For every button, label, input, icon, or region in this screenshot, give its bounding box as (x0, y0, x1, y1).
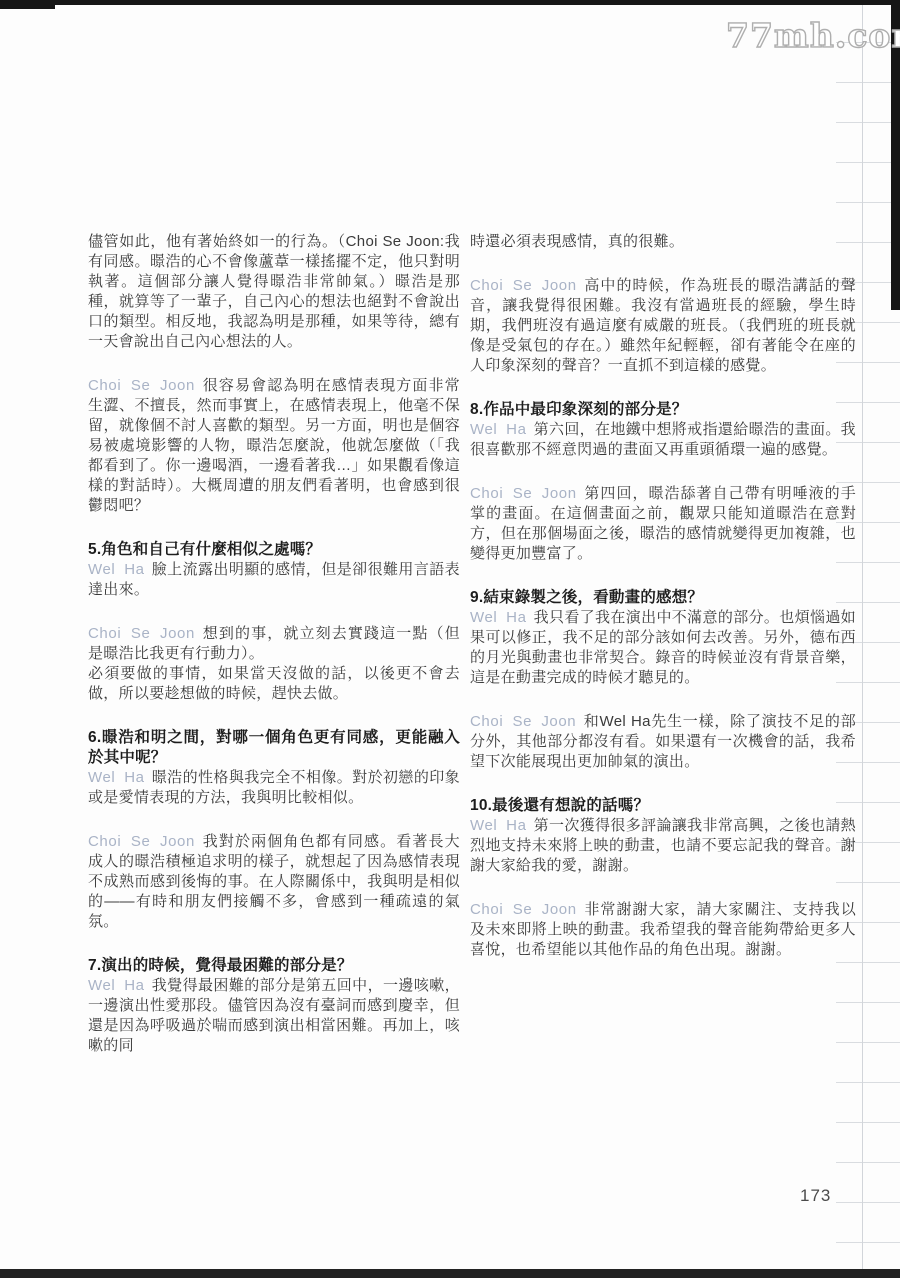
speaker-name: Wel Ha (470, 421, 527, 438)
interview-paragraph: Choi Se Joon和Wel Ha先生一樣，除了演技不足的部分外，其他部分都… (470, 712, 856, 772)
interview-paragraph: Choi Se Joon高中的時候，作為班長的暻浩講話的聲音，讓我覺得很困難。我… (470, 276, 856, 376)
notebook-margin-line (862, 0, 863, 1269)
speaker-name: Choi Se Joon (88, 625, 195, 642)
question-text: 10.最後還有想說的話嗎？ (470, 797, 649, 814)
speaker-name: Choi Se Joon (470, 277, 577, 294)
question-heading: 7.演出的時候，覺得最困難的部分是？ (88, 956, 460, 976)
interview-paragraph: Wel Ha我只看了我在演出中不滿意的部分。也煩惱過如果可以修正，我不足的部分該… (470, 608, 856, 688)
speaker-name: Wel Ha (88, 977, 145, 994)
interview-paragraph: Wel Ha臉上流露出明顯的感情，但是卻很難用言語表達出來。 (88, 560, 460, 600)
question-heading: 5.角色和自己有什麼相似之處嗎？ (88, 540, 460, 560)
interview-column-right: 時還必須表現感情，真的很難。Choi Se Joon高中的時候，作為班長的暻浩講… (470, 232, 856, 960)
question-heading: 10.最後還有想說的話嗎？ (470, 796, 856, 816)
speaker-name: Wel Ha (470, 609, 527, 626)
speaker-name: Wel Ha (88, 769, 145, 786)
speaker-name: Choi Se Joon (470, 485, 577, 502)
page-border-top-left (0, 0, 55, 9)
question-heading: 9.結束錄製之後，看動畫的感想？ (470, 588, 856, 608)
interview-paragraph: Choi Se Joon非常謝謝大家，請大家關注、支持我以及未來即將上映的動畫。… (470, 900, 856, 960)
paragraph-text: 時還必須表現感情，真的很難。 (470, 233, 684, 250)
paragraph-text: 第六回，在地鐵中想將戒指還給暻浩的畫面。我很喜歡那不經意閃過的畫面又再重頭循環一… (470, 421, 856, 458)
speaker-name: Wel Ha (470, 817, 527, 834)
speaker-name: Choi Se Joon (470, 901, 577, 918)
interview-paragraph: Wel Ha暻浩的性格與我完全不相像。對於初戀的印象或是愛情表現的方法，我與明比… (88, 768, 460, 808)
page-border-top (0, 0, 900, 5)
site-watermark: 77mh.com (726, 16, 900, 55)
scanned-interview-page: 77mh.com 儘管如此，他有著始終如一的行為。（Choi Se Joon:我… (0, 0, 900, 1278)
paragraph-text: 很容易會認為明在感情表現方面非常生澀、不擅長，然而事實上，在感情表現上，他毫不保… (88, 377, 460, 514)
question-text: 9.結束錄製之後，看動畫的感想？ (470, 589, 703, 606)
interview-paragraph: Wel Ha第六回，在地鐵中想將戒指還給暻浩的畫面。我很喜歡那不經意閃過的畫面又… (470, 420, 856, 460)
speaker-name: Choi Se Joon (470, 713, 576, 730)
page-border-bottom (0, 1269, 900, 1278)
speaker-name: Choi Se Joon (88, 377, 195, 394)
paragraph-text: 儘管如此，他有著始終如一的行為。（Choi Se Joon:我有同感。暻浩的心不… (88, 233, 460, 350)
question-heading: 6.暻浩和明之間，對哪一個角色更有同感，更能融入於其中呢？ (88, 728, 460, 768)
paragraph-continuation: 必須要做的事情，如果當天沒做的話，以後更不會去做，所以要趁想做的時候，趕快去做。 (88, 664, 460, 704)
interview-column-left: 儘管如此，他有著始終如一的行為。（Choi Se Joon:我有同感。暻浩的心不… (88, 232, 460, 1056)
page-number: 173 (800, 1186, 831, 1206)
question-text: 6.暻浩和明之間，對哪一個角色更有同感，更能融入於其中呢？ (88, 729, 460, 766)
paragraph-text: 第一次獲得很多評論讓我非常高興，之後也請熱烈地支持未來將上映的動畫，也請不要忘記… (470, 817, 856, 874)
question-heading: 8.作品中最印象深刻的部分是？ (470, 400, 856, 420)
interview-paragraph: Choi Se Joon很容易會認為明在感情表現方面非常生澀、不擅長，然而事實上… (88, 376, 460, 516)
speaker-name: Wel Ha (88, 561, 145, 578)
interview-paragraph: 時還必須表現感情，真的很難。 (470, 232, 856, 252)
question-text: 5.角色和自己有什麼相似之處嗎？ (88, 541, 321, 558)
interview-paragraph: Wel Ha我覺得最困難的部分是第五回中，一邊咳嗽，一邊演出性愛那段。儘管因為沒… (88, 976, 460, 1056)
interview-paragraph: 儘管如此，他有著始終如一的行為。（Choi Se Joon:我有同感。暻浩的心不… (88, 232, 460, 352)
paragraph-text: 我只看了我在演出中不滿意的部分。也煩惱過如果可以修正，我不足的部分該如何去改善。… (470, 609, 856, 686)
question-text: 8.作品中最印象深刻的部分是？ (470, 401, 687, 418)
question-text: 7.演出的時候，覺得最困難的部分是？ (88, 957, 353, 974)
interview-paragraph: Choi Se Joon我對於兩個角色都有同感。看著長大成人的暻浩積極追求明的樣… (88, 832, 460, 932)
interview-paragraph: Wel Ha第一次獲得很多評論讓我非常高興，之後也請熱烈地支持未來將上映的動畫，… (470, 816, 856, 876)
speaker-name: Choi Se Joon (88, 833, 195, 850)
interview-paragraph: Choi Se Joon想到的事，就立刻去實踐這一點（但是暻浩比我更有行動力）。… (88, 624, 460, 704)
interview-paragraph: Choi Se Joon第四回，暻浩舔著自己帶有明唾液的手掌的畫面。在這個畫面之… (470, 484, 856, 564)
